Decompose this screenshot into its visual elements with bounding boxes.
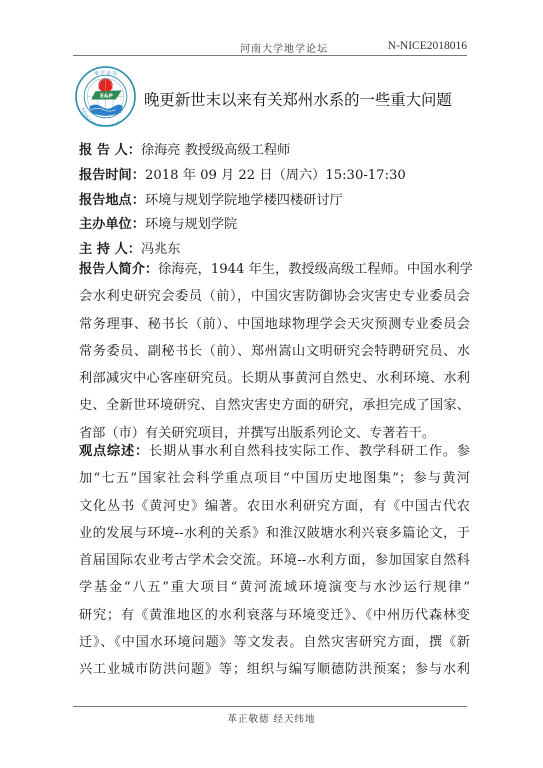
- footer-divider: [73, 706, 467, 707]
- bio-line: 史、全新世环境研究、自然灾害史方面的研究，承担完成了国家、: [79, 392, 470, 419]
- geoscience-forum-logo-icon: 地 学 论 坛 GEOSCIENCE FORUM E&P: [75, 66, 136, 127]
- svg-text:E&P: E&P: [100, 94, 113, 100]
- header-document-code: N-NICE2018016: [388, 40, 467, 52]
- info-time: 报告时间：2018 年 09 月 22 日（周六）15:30-17:30: [79, 164, 406, 183]
- summary-line: 研究；有《黄淮地区的水利衰落与环境变迁》、《中州历代森林变: [79, 602, 470, 629]
- summary-line: 文化丛书《黄河史》编著。农田水利研究方面，有《中国古代农: [79, 493, 470, 520]
- info-label: 报告地点：: [79, 193, 145, 208]
- bio-line: 常务理事、秘书长（前）、中国地球物理学会天灾预测专业委员会: [79, 311, 470, 338]
- bio-label: 报告人简介：: [79, 262, 158, 277]
- info-label: 主办单位：: [79, 217, 145, 232]
- info-value: 徐海亮 教授级高级工程师: [141, 143, 290, 158]
- bio-line: 报告人简介：徐海亮，1944 年生，教授级高级工程师。中国水利学: [79, 256, 470, 283]
- info-host: 主 持 人：冯兆东: [79, 238, 181, 257]
- info-label: 报 告 人：: [79, 143, 141, 158]
- footer-motto: 革正敬德 经天纬地: [0, 711, 543, 725]
- summary-line: 观点综述：长期从事水利自然科技实际工作、教学科研工作。参: [79, 438, 470, 465]
- summary-line: 迁》、《中国水环境问题》等文发表。自然灾害研究方面，撰《新: [79, 629, 470, 656]
- summary-line: 业的发展与环境--水利的关系》和淮汉陂塘水利兴衰多篇论文，于: [79, 520, 470, 547]
- summary-line: 加“七五”国家社会科学重点项目“中国历史地图集”；参与黄河: [79, 465, 470, 492]
- info-location: 报告地点：环境与规划学院地学楼四楼研讨厅: [79, 189, 343, 208]
- summary-line: 学基金“八五”重大项目“黄河流域环境演变与水沙运行规律”: [79, 574, 470, 601]
- info-value: 环境与规划学院: [145, 217, 237, 232]
- page-title: 晚更新世末以来有关郑州水系的一些重大问题: [144, 88, 452, 110]
- info-label: 报告时间：: [79, 168, 145, 183]
- summary-text: 长期从事水利自然科技实际工作、教学科研工作。参: [149, 444, 470, 459]
- info-value: 冯兆东: [141, 242, 181, 257]
- info-speaker: 报 告 人：徐海亮 教授级高级工程师: [79, 139, 290, 158]
- talk-summary: 观点综述：长期从事水利自然科技实际工作、教学科研工作。参 加“七五”国家社会科学…: [79, 438, 470, 684]
- svg-text:地 学 论 坛: 地 学 论 坛: [94, 70, 117, 77]
- speaker-bio: 报告人简介：徐海亮，1944 年生，教授级高级工程师。中国水利学 会水利史研究会…: [79, 256, 470, 447]
- header-divider: [73, 55, 467, 56]
- info-organizer: 主办单位：环境与规划学院: [79, 213, 237, 232]
- header-forum-name: 河南大学地学论坛: [240, 40, 328, 55]
- bio-line: 会水利史研究会委员（前），中国灾害防御协会灾害史专业委员会: [79, 283, 470, 310]
- bio-text: 徐海亮，1944 年生，教授级高级工程师。中国水利学: [158, 262, 473, 277]
- info-value: 环境与规划学院地学楼四楼研讨厅: [145, 193, 343, 208]
- bio-line: 利部减灾中心客座研究员。长期从事黄河自然史、水利环境、水利: [79, 365, 470, 392]
- info-label: 主 持 人：: [79, 242, 141, 257]
- summary-label: 观点综述：: [79, 444, 149, 459]
- summary-line: 兴工业城市防洪问题》等；组织与编写顺德防洪预案；参与水利: [79, 656, 470, 683]
- summary-line: 首届国际农业考古学术会交流。环境--水利方面，参加国家自然科: [79, 547, 470, 574]
- info-value: 2018 年 09 月 22 日（周六）15:30-17:30: [145, 168, 406, 183]
- bio-line: 常务委员、副秘书长（前）、郑州嵩山文明研究会特聘研究员、水: [79, 338, 470, 365]
